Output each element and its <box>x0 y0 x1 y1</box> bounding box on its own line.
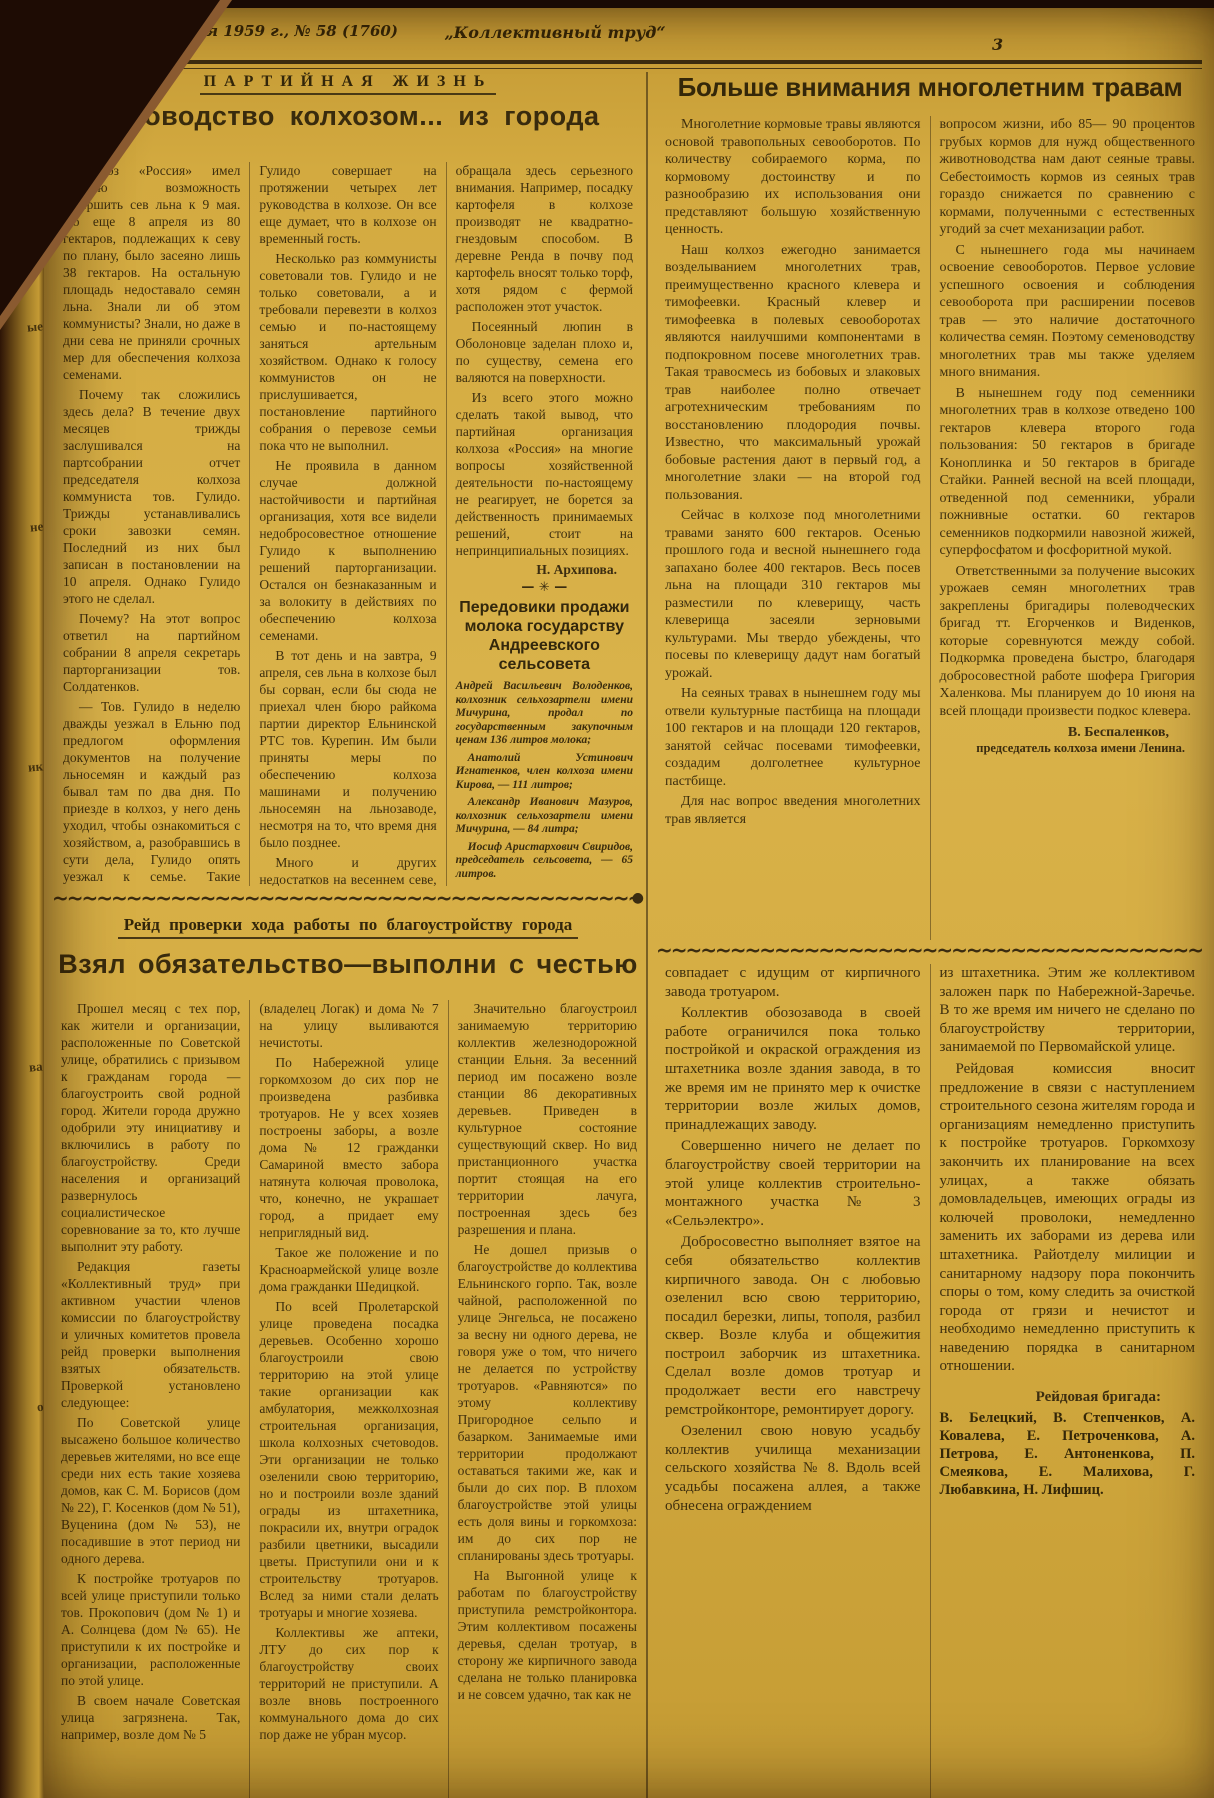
paragraph: Рейдовая комиссия вносит предложение в с… <box>940 1060 1196 1376</box>
paragraph: Наш колхоз ежегодно занимается возделыва… <box>665 242 921 505</box>
author-signature: Н. Архипова. <box>456 562 633 578</box>
paragraph: Почему? На этот вопрос ответил на партий… <box>63 610 240 695</box>
paragraph: Анатолий Устинович Игнатенков, член колх… <box>456 752 633 793</box>
article-perennial-grasses: Больше внимания многолетним травам Много… <box>656 72 1204 942</box>
paragraph: На Выгонной улице к работам по благоустр… <box>458 1567 637 1703</box>
paragraph: Значительно благоустроил занимаемую терр… <box>458 1000 637 1238</box>
paragraph: Многолетние кормовые травы являются осно… <box>665 116 921 239</box>
wavy-divider <box>52 892 644 909</box>
article-column: (владелец Логак) и дома № 7 на улицу выл… <box>249 1000 447 1798</box>
page-fragment: не <box>29 519 43 534</box>
author-role: председатель колхоза имени Ленина. <box>940 741 1196 756</box>
paragraph: Коллектив обозозавода в своей работе огр… <box>665 1004 921 1134</box>
paragraph: вопросом жизни, ибо 85— 90 процентов гру… <box>940 116 1196 239</box>
raid-kicker: Рейд проверки хода работы по благоустрой… <box>52 914 644 939</box>
page-fragment: та <box>29 99 43 114</box>
paragraph: Добросовестно выполняет взятое на себя о… <box>665 1233 921 1419</box>
milk-leaders-list: Андрей Васильевич Володенков, колхозник … <box>456 680 633 881</box>
adjacent-page-edge: та ые не ик ва о <box>0 0 44 1798</box>
column-divider <box>646 72 648 1798</box>
paragraph: В нынешнем году под семенники многолетни… <box>940 385 1196 560</box>
paragraph: Не дошел призыв о благоустройстве до кол… <box>458 1241 637 1564</box>
paragraph: Из всего этого можно сделать такой вывод… <box>456 389 633 559</box>
paragraph: Озеленил свою новую усадьбу коллектив уч… <box>665 1422 921 1515</box>
paragraph: Коллективы же аптеки, ЛТУ до сих пор к б… <box>259 1624 438 1743</box>
raid-signature-label: Рейдовая бригада: <box>940 1388 1196 1407</box>
paragraph: Иосиф Аристархович Свиридов, председател… <box>456 841 633 882</box>
article-column: Прошел месяц с тех пор, как жители и орг… <box>52 1000 249 1798</box>
article-title: Больше внимания многолетним травам <box>656 72 1204 102</box>
paragraph: Сейчас в колхозе под многолетними травам… <box>665 507 921 682</box>
newspaper-page: Пятница, 15 мая 1959 г., № 58 (1760) „Ко… <box>44 8 1214 1798</box>
wavy-divider <box>656 944 1202 961</box>
paragraph: В тот день и на завтра, 9 апреля, сев ль… <box>259 647 436 851</box>
paragraph: Почему так сложились здесь дела? В течен… <box>63 386 240 607</box>
paragraph: По Набережной улице горкомхозом до сих п… <box>259 1054 438 1241</box>
paragraph: Посеянный люпин в Оболоновце заделан пло… <box>456 318 633 386</box>
paragraph: Такое же положение и по Красноармейской … <box>259 1244 438 1295</box>
subarticle-title: Передовики продажи молока государству Ан… <box>456 598 633 674</box>
paragraph: Колхоз «Россия» имел полную возможность … <box>63 162 240 383</box>
date-line: Пятница, 15 мая 1959 г., № 58 (1760) <box>60 22 398 40</box>
paragraph: — Тов. Гулидо в неделю дважды уезжал в Е… <box>63 698 240 886</box>
paragraph: С нынешнего года мы начинаем освоение се… <box>940 242 1196 382</box>
article-column: совпадает с идущим от кирпичного завода … <box>656 964 930 1798</box>
paragraph: Несколько раз коммунисты советовали тов.… <box>259 250 436 454</box>
paragraph: Не проявила в данном случае должной наст… <box>259 457 436 644</box>
header-rule <box>52 60 1202 69</box>
paragraph: Андрей Васильевич Володенков, колхозник … <box>456 680 633 748</box>
column-text: вопросом жизни, ибо 85— 90 процентов гру… <box>940 116 1196 720</box>
page-number: 3 <box>992 36 1003 54</box>
paragraph: Для нас вопрос введения многолетних трав… <box>665 793 921 828</box>
article-party-leadership: ПАРТИЙНАЯ ЖИЗНЬ Руководство колхозом... … <box>54 72 642 886</box>
raid-kicker-text: Рейд проверки хода работы по благоустрой… <box>118 914 579 939</box>
paragraph: Прошел месяц с тех пор, как жители и орг… <box>61 1000 240 1255</box>
paragraph: На сеяных травах в нынешнем году мы отве… <box>665 685 921 790</box>
page-fragment: ик <box>27 759 43 774</box>
article-column: обращала здесь серьезного внимания. Напр… <box>446 162 642 886</box>
column-text: обращала здесь серьезного внимания. Напр… <box>456 162 633 559</box>
raid-title: Взял обязательство—выполни с честью <box>52 948 644 980</box>
star-divider: — ✳ — <box>456 580 633 595</box>
author-signature: В. Беспаленков, <box>940 724 1196 741</box>
paragraph: К постройке тротуаров по всей улице прис… <box>61 1570 240 1689</box>
masthead: „Коллективный труд“ <box>400 24 710 42</box>
paragraph: Редакция газеты «Коллективный труд» при … <box>61 1258 240 1411</box>
paragraph: Много и других недостатков на весеннем с… <box>259 854 436 886</box>
article-column: Гулидо совершает на протяжении четырех л… <box>249 162 445 886</box>
paragraph: Александр Иванович Мазуров, колхозник се… <box>456 796 633 837</box>
raid-columns-right: совпадает с идущим от кирпичного завода … <box>656 964 1204 1798</box>
raid-columns-left: Прошел месяц с тех пор, как жители и орг… <box>52 1000 646 1798</box>
article-column: Значительно благоустроил занимаемую терр… <box>448 1000 646 1798</box>
paragraph: обращала здесь серьезного внимания. Напр… <box>456 162 633 315</box>
article-column: вопросом жизни, ибо 85— 90 процентов гру… <box>930 116 1205 940</box>
paragraph: из штахетника. Этим же коллективом залож… <box>940 964 1196 1057</box>
paragraph: Гулидо совершает на протяжении четырех л… <box>259 162 436 247</box>
page-fragment: ва <box>29 1059 44 1074</box>
page-fragment: ые <box>26 319 43 334</box>
paragraph: По Советской улице высажено большое коли… <box>61 1414 240 1567</box>
section-kicker: ПАРТИЙНАЯ ЖИЗНЬ <box>200 72 497 95</box>
page-fragment: о <box>36 1400 44 1415</box>
paragraph: В своем начале Советская улица загрязнен… <box>61 1692 240 1743</box>
paragraph: (владелец Логак) и дома № 7 на улицу выл… <box>259 1000 438 1051</box>
column-text: из штахетника. Этим же коллективом залож… <box>940 964 1196 1376</box>
paragraph: По всей Пролетарской улице проведена пос… <box>259 1298 438 1621</box>
raid-signature-names: В. Белецкий, В. Степченков, А. Ковалева,… <box>940 1409 1196 1499</box>
paragraph: совпадает с идущим от кирпичного завода … <box>665 964 921 1001</box>
article-column: Многолетние кормовые травы являются осно… <box>656 116 930 940</box>
article-title: Руководство колхозом... из города <box>54 100 642 132</box>
article-column: Колхоз «Россия» имел полную возможность … <box>54 162 249 886</box>
paragraph: Ответственными за получение высоких урож… <box>940 563 1196 721</box>
paragraph: Совершенно ничего не делает по благоустр… <box>665 1137 921 1230</box>
article-column: из штахетника. Этим же коллективом залож… <box>930 964 1205 1798</box>
newspaper-photo: та ые не ик ва о Пятница, 15 мая 1959 г.… <box>0 0 1214 1798</box>
